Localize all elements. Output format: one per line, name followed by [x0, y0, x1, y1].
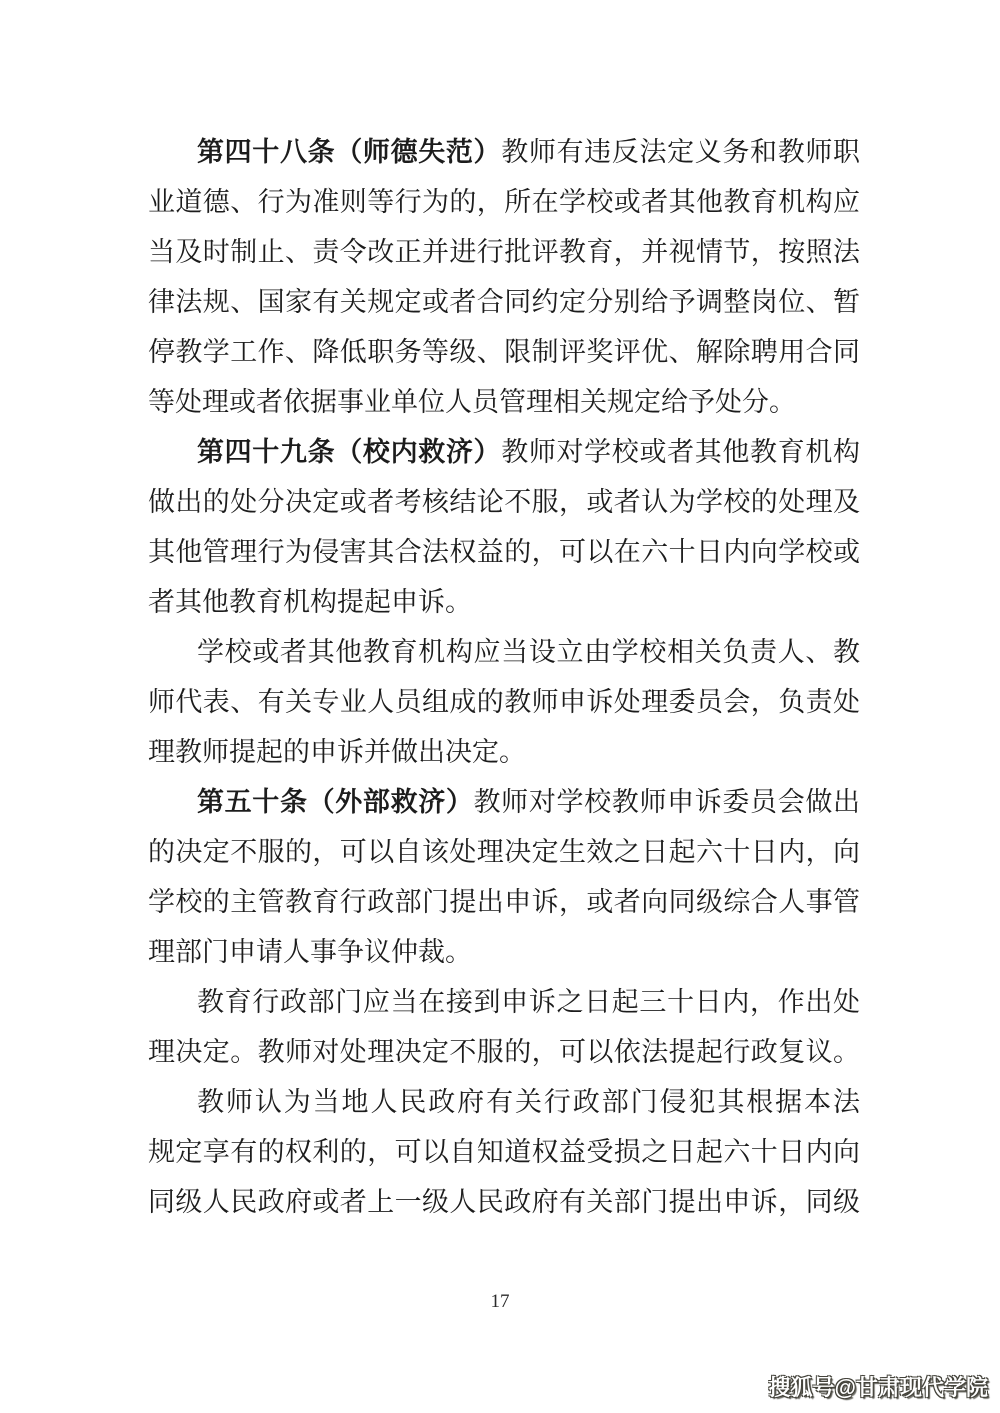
document-page: 第四十八条（师德失范）教师有违反法定义务和教师职 业道德、行为准则等行为的，所在… [0, 0, 1000, 1413]
article-49-heading: 第四十九条（校内救济） [197, 437, 501, 467]
text-line: 学校的主管教育行政部门提出申诉，或者向同级综合人事管 [148, 877, 860, 927]
text-line: 教师认为当地人民政府有关行政部门侵犯其根据本法 [148, 1077, 860, 1127]
page-number: 17 [0, 1290, 1000, 1314]
document-body-text: 第四十八条（师德失范）教师有违反法定义务和教师职 业道德、行为准则等行为的，所在… [148, 127, 860, 1227]
text-line: 业道德、行为准则等行为的，所在学校或者其他教育机构应 [148, 177, 860, 227]
text-run: 教师对学校或者其他教育机构 [501, 437, 860, 467]
text-line: 做出的处分决定或者考核结论不服，或者认为学校的处理及 [148, 477, 860, 527]
text-line: 律法规、国家有关规定或者合同约定分别给予调整岗位、暂 [148, 277, 860, 327]
text-line: 师代表、有关专业人员组成的教师申诉处理委员会，负责处 [148, 677, 860, 727]
text-line: 同级人民政府或者上一级人民政府有关部门提出申诉，同级 [148, 1177, 860, 1227]
article-50-heading: 第五十条（外部救济） [197, 787, 474, 817]
text-line: 理教师提起的申诉并做出决定。 [148, 727, 860, 777]
text-line: 理部门申请人事争议仲裁。 [148, 927, 860, 977]
sohu-watermark: 搜狐号@甘肃现代学院 [769, 1374, 988, 1402]
text-line: 第四十八条（师德失范）教师有违反法定义务和教师职 [148, 127, 860, 177]
text-line: 学校或者其他教育机构应当设立由学校相关负责人、教 [148, 627, 860, 677]
text-line: 第五十条（外部救济）教师对学校教师申诉委员会做出 [148, 777, 860, 827]
text-run: 教师有违反法定义务和教师职 [501, 137, 860, 167]
text-line: 第四十九条（校内救济）教师对学校或者其他教育机构 [148, 427, 860, 477]
text-line: 教育行政部门应当在接到申诉之日起三十日内，作出处 [148, 977, 860, 1027]
text-run: 教师对学校教师申诉委员会做出 [474, 787, 860, 817]
text-line: 者其他教育机构提起申诉。 [148, 577, 860, 627]
text-line: 其他管理行为侵害其合法权益的，可以在六十日内向学校或 [148, 527, 860, 577]
article-48-heading: 第四十八条（师德失范） [197, 137, 501, 167]
text-line: 理决定。教师对处理决定不服的，可以依法提起行政复议。 [148, 1027, 860, 1077]
text-line: 当及时制止、责令改正并进行批评教育，并视情节，按照法 [148, 227, 860, 277]
text-line: 的决定不服的，可以自该处理决定生效之日起六十日内，向 [148, 827, 860, 877]
text-line: 停教学工作、降低职务等级、限制评奖评优、解除聘用合同 [148, 327, 860, 377]
text-line: 等处理或者依据事业单位人员管理相关规定给予处分。 [148, 377, 860, 427]
text-line: 规定享有的权利的，可以自知道权益受损之日起六十日内向 [148, 1127, 860, 1177]
